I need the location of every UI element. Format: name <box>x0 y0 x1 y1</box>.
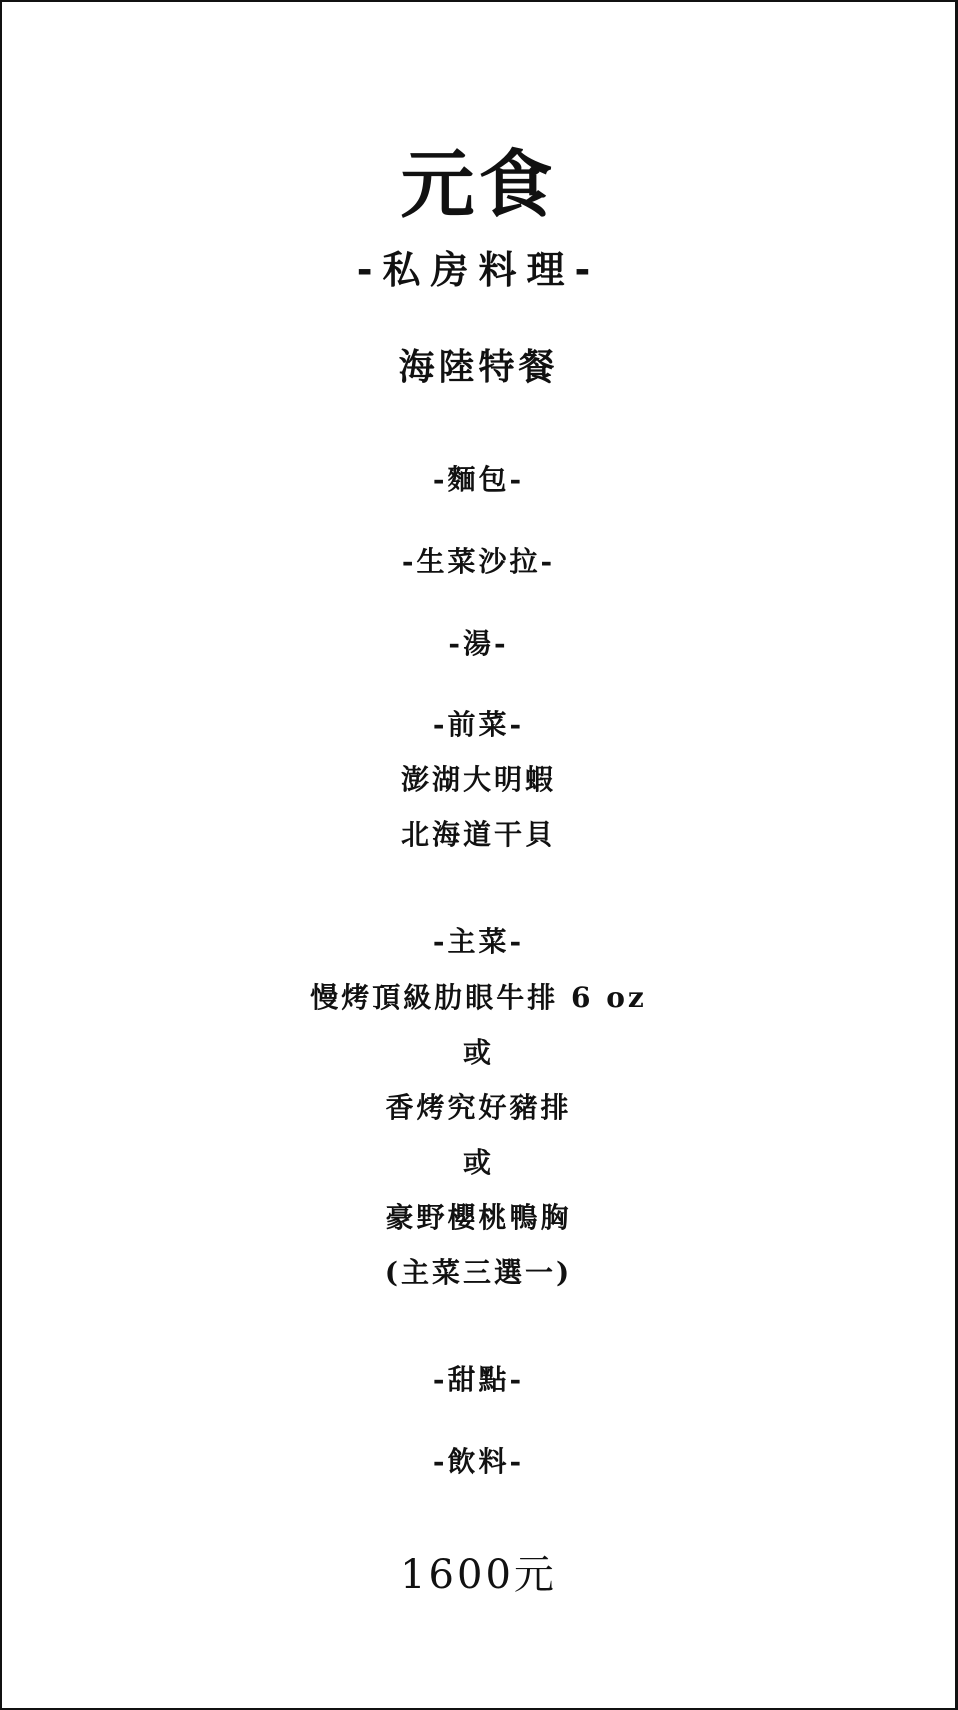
course-heading-soup: -湯- <box>2 624 955 664</box>
set-price: 1600元 <box>2 1548 955 1602</box>
main-course-note: (主菜三選一) <box>2 1253 955 1293</box>
main-course-or: 或 <box>2 1143 955 1183</box>
course-heading-main: -主菜- <box>2 922 955 962</box>
course-heading-bread: -麵包- <box>2 460 955 500</box>
appetizer-item: 北海道干貝 <box>2 815 955 855</box>
restaurant-name: 元食 <box>2 140 955 230</box>
course-heading-dessert: -甜點- <box>2 1360 955 1400</box>
main-course-option: 香烤究好豬排 <box>2 1088 955 1128</box>
course-heading-salad: -生菜沙拉- <box>2 542 955 582</box>
menu-card: 元食 -私房料理- 海陸特餐 -麵包- -生菜沙拉- -湯- -前菜- 澎湖大明… <box>0 0 958 1710</box>
appetizer-item: 澎湖大明蝦 <box>2 760 955 800</box>
restaurant-subtitle: -私房料理- <box>2 245 955 295</box>
course-heading-appetizer: -前菜- <box>2 705 955 745</box>
main-course-option: 豪野櫻桃鴨胸 <box>2 1198 955 1238</box>
main-course-or: 或 <box>2 1033 955 1073</box>
main-course-option: 慢烤頂級肋眼牛排 6 oz <box>2 978 955 1018</box>
set-menu-title: 海陸特餐 <box>2 342 955 392</box>
course-heading-drink: -飲料- <box>2 1442 955 1482</box>
